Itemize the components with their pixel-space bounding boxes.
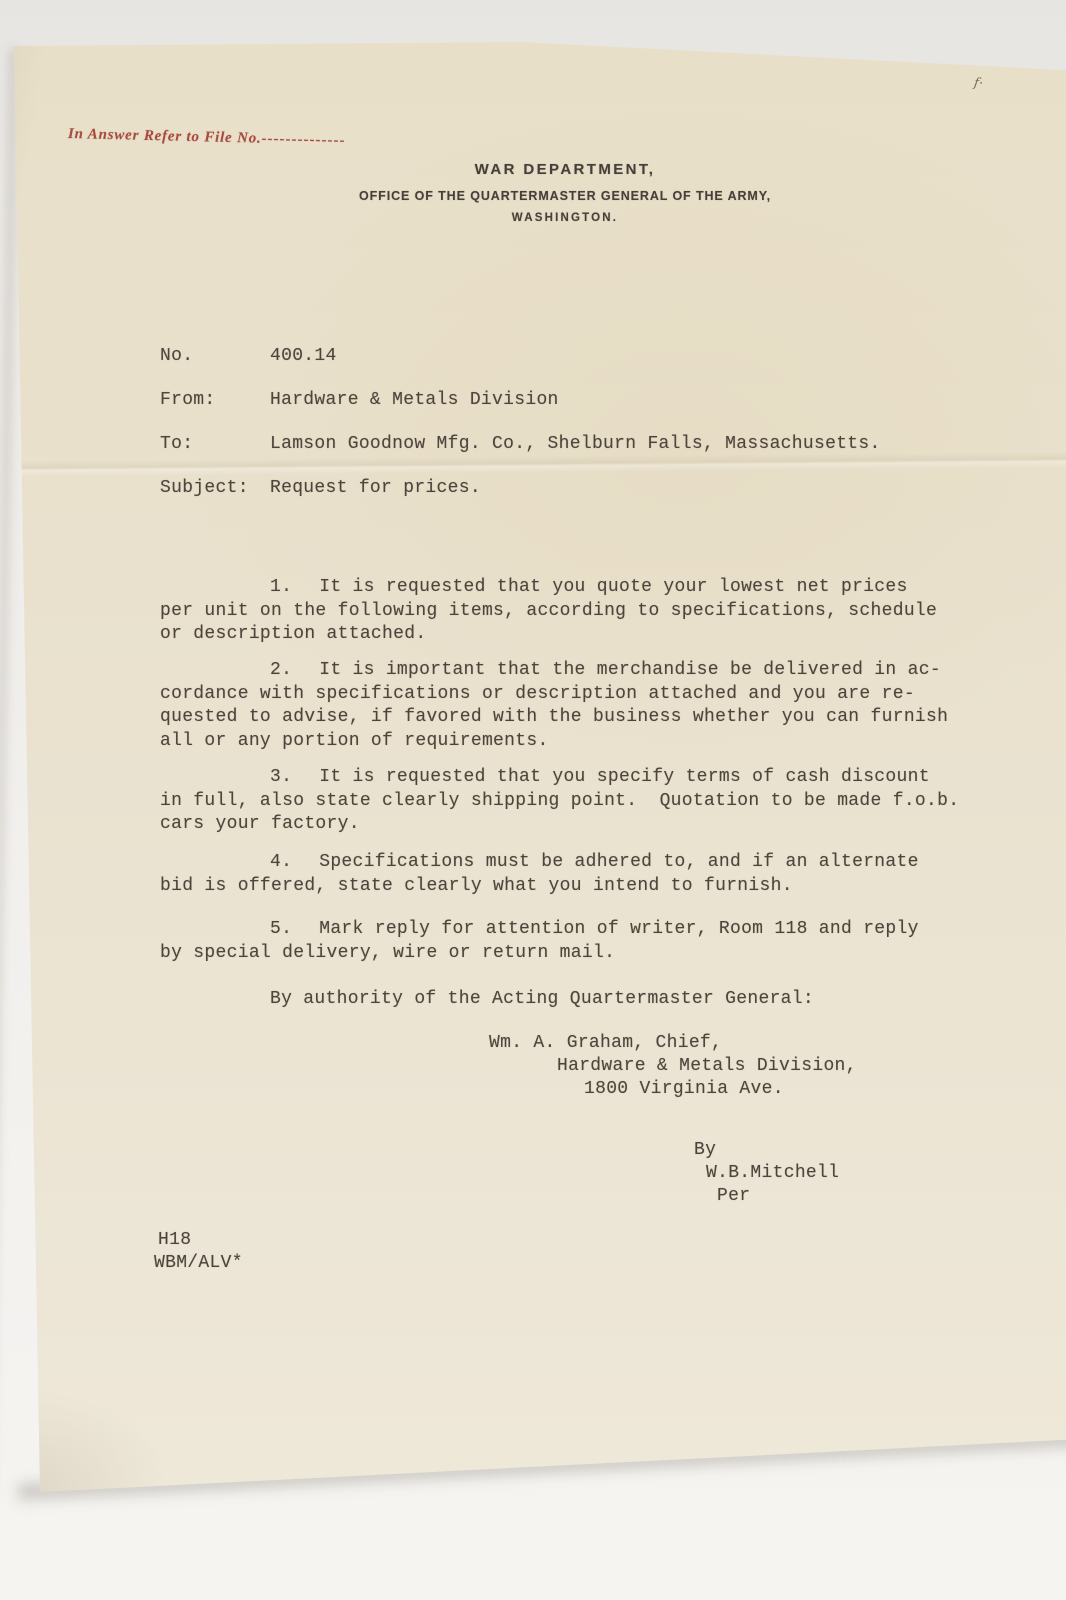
signature-address-line: 1800 Virginia Ave. [584,1078,784,1102]
file-reference-dashes: -------------- [261,131,345,149]
file-reference-line: In Answer Refer to File No.-------------… [68,126,346,150]
photo-background: In Answer Refer to File No.-------------… [0,0,1066,1600]
paragraph-3: 3.It is requested that you specify terms… [160,766,1020,837]
letterhead-city: WASHINGTON. [115,212,1015,224]
paragraph-5-number: 5. [270,919,292,939]
meta-row-from: From: Hardware & Metals Division [160,389,1020,413]
meta-value-subject: Request for prices. [270,477,481,501]
paragraph-3-number: 3. [270,767,292,787]
meta-value-no: 400.14 [270,345,337,369]
paper-shadow-left [0,48,18,1498]
by-label: By [694,1139,716,1163]
by-name: W.B.Mitchell [706,1162,839,1186]
meta-label-from: From: [160,390,216,410]
paragraph-2-number: 2. [270,660,292,680]
paragraph-1-number: 1. [270,577,292,597]
pencil-mark: f· [973,75,984,91]
meta-value-to: Lamson Goodnow Mfg. Co., Shelburn Falls,… [270,433,881,457]
letterhead: WAR DEPARTMENT, OFFICE OF THE QUARTERMAS… [115,161,1015,224]
meta-label-to: To: [160,434,193,454]
paragraph-4: 4.Specifications must be adhered to, and… [160,851,1020,898]
footer-file-code: H18 [158,1229,191,1253]
meta-value-from: Hardware & Metals Division [270,389,559,413]
letter-paper: In Answer Refer to File No.-------------… [0,0,1066,1600]
file-reference-label: In Answer Refer to File No. [68,126,262,147]
signature-division-line: Hardware & Metals Division, [557,1055,857,1079]
meta-row-subject: Subject: Request for prices. [160,477,1020,501]
footer-typist-initials: WBM/ALV* [154,1252,243,1276]
meta-label-no: No. [160,346,193,366]
signature-name-line: Wm. A. Graham, Chief, [489,1032,722,1056]
meta-label-subject: Subject: [160,478,249,498]
letterhead-department: WAR DEPARTMENT, [115,161,1015,178]
meta-row-no: No. 400.14 [160,345,1020,369]
paragraph-2: 2.It is important that the merchandise b… [160,659,1020,753]
per-label: Per [717,1185,750,1209]
paragraph-5: 5.Mark reply for attention of writer, Ro… [160,918,1020,965]
authority-line: By authority of the Acting Quartermaster… [270,988,814,1012]
paragraph-4-number: 4. [270,852,292,872]
letterhead-office: OFFICE OF THE QUARTERMASTER GENERAL OF T… [115,189,1015,203]
meta-row-to: To: Lamson Goodnow Mfg. Co., Shelburn Fa… [160,433,1020,457]
paragraph-1: 1.It is requested that you quote your lo… [160,576,1020,647]
